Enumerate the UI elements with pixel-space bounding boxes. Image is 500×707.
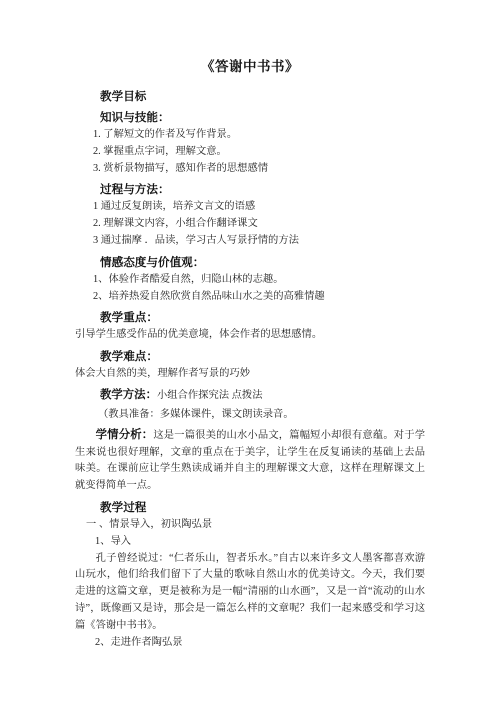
- list-item: 1 通过反复朗读，培养文言文的语感: [75, 199, 425, 216]
- section-heading: 教学难点：: [75, 348, 425, 365]
- note-text: （教具准备：多媒体课件，课文朗读录音。: [75, 407, 425, 424]
- list-item: 1. 了解短文的作者及写作背景。: [75, 127, 425, 144]
- list-item: 2、培养热爱自然欣赏自然品味山水之美的高雅情趣: [75, 289, 425, 306]
- document-content: 《答谢中书书》 教学目标知识与技能：1. 了解短文的作者及写作背景。2. 掌握重…: [0, 0, 500, 651]
- list-item: 1、体验作者酷爱自然，归隐山林的志趣。: [75, 272, 425, 289]
- section-heading: 教学重点：: [75, 309, 425, 326]
- document-page: 《答谢中书书》 教学目标知识与技能：1. 了解短文的作者及写作背景。2. 掌握重…: [0, 0, 500, 707]
- body-text: 引导学生感受作品的优美意境，体会作者的思想感情。: [75, 327, 425, 344]
- analysis-paragraph: 学情分析：这是一篇很美的山水小品文，篇幅短小却很有意蕴。对于学生来说也很好理解，…: [75, 427, 425, 495]
- lead-label: 学情分析：: [96, 429, 154, 441]
- list-item: 2、走进作者陶弘景: [75, 635, 425, 652]
- list-item: 2. 掌握重点字词，理解文意。: [75, 144, 425, 161]
- section-heading: 教学过程: [75, 499, 425, 516]
- paragraph: 孔子曾经说过：“仁者乐山，智者乐水。”自古以来许多文人墨客都喜欢游山玩水，他们给…: [75, 551, 425, 635]
- labeled-line: 教学方法：小组合作探究法 点拨法: [75, 387, 425, 404]
- list-item: 2. 理解课文内容，小组合作翻译课文: [75, 216, 425, 233]
- section-heading: 过程与方法：: [75, 181, 425, 198]
- section-heading: 教学目标: [75, 88, 425, 105]
- section-heading: 知识与技能：: [75, 109, 425, 126]
- section-heading: 情感态度与价值观：: [75, 254, 425, 271]
- page-title: 《答谢中书书》: [75, 58, 425, 75]
- sub-section-heading: 一 、情景导入，初识陶弘景: [75, 517, 425, 534]
- lead-body-text: 小组合作探究法 点拨法: [157, 390, 263, 401]
- list-item: 3. 赏析景物描写，感知作者的思想感情: [75, 161, 425, 178]
- body-text: 体会大自然的美，理解作者写景的巧妙: [75, 366, 425, 383]
- document-body: 教学目标知识与技能：1. 了解短文的作者及写作背景。2. 掌握重点字词，理解文意…: [75, 88, 425, 651]
- list-item: 1、导入: [75, 534, 425, 551]
- lead-label: 教学方法：: [100, 389, 157, 401]
- list-item: 3 通过揣摩 ．品读，学习古人写景抒情的方法: [75, 233, 425, 250]
